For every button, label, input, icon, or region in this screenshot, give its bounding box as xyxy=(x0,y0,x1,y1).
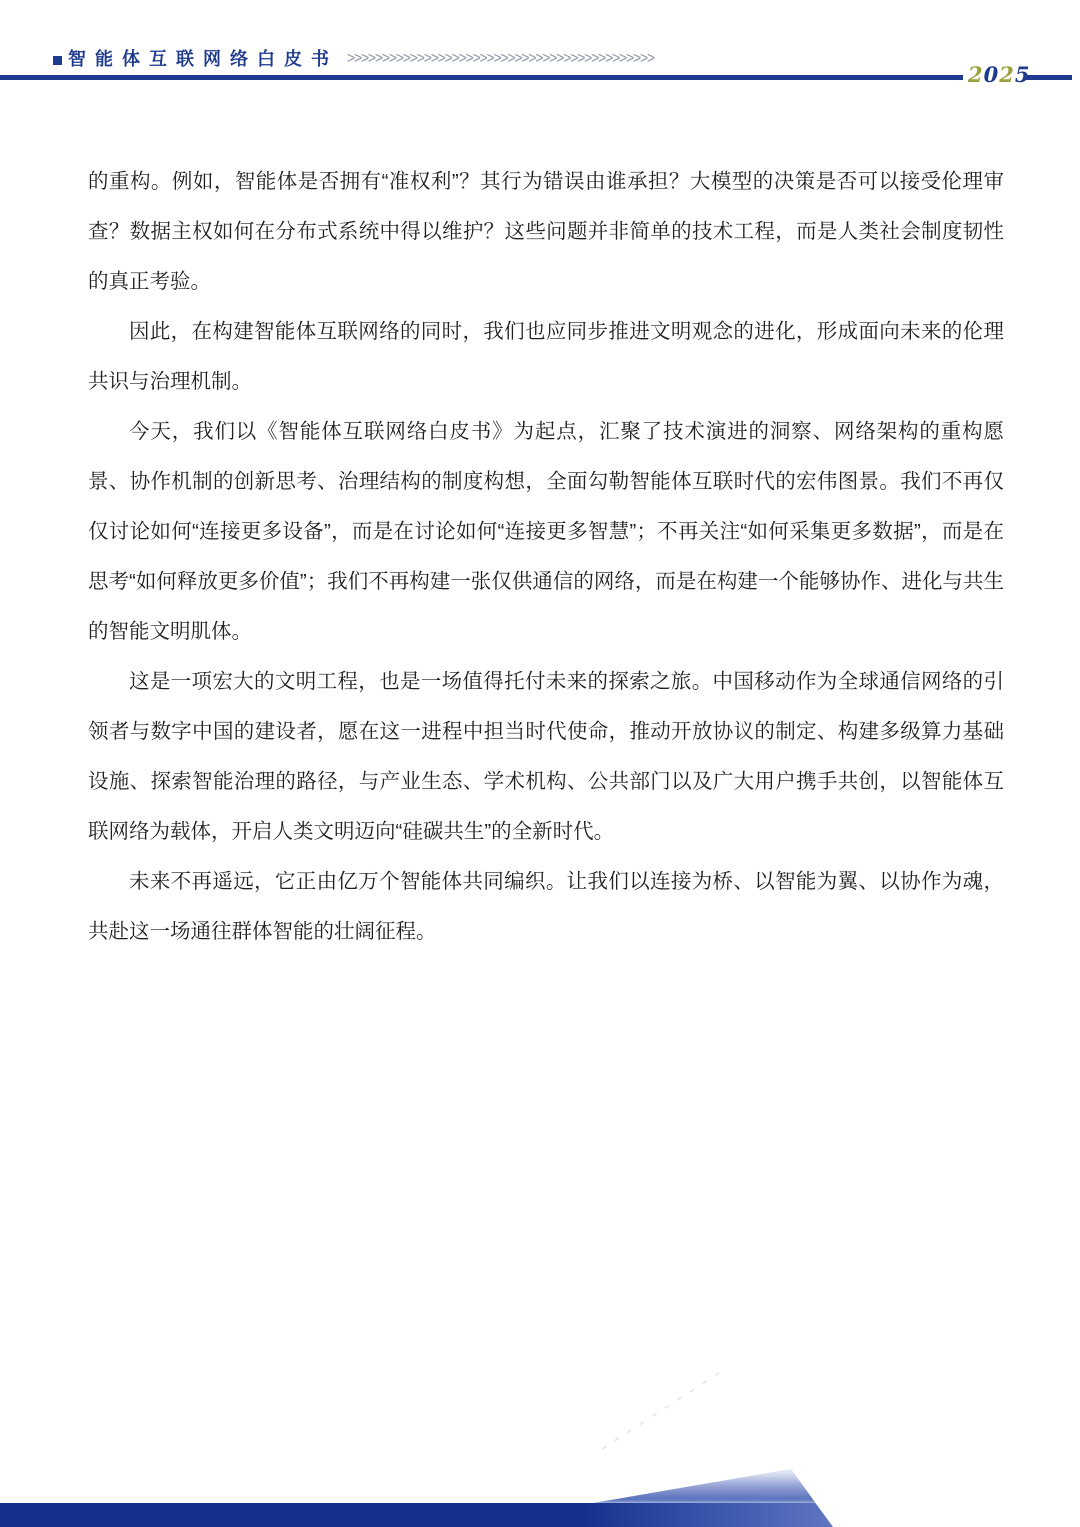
footer-band-decoration xyxy=(0,1503,833,1527)
header-rule-left xyxy=(0,75,963,80)
body-text: 的重构。例如，智能体是否拥有“准权利”？其行为错误由谁承担？大模型的决策是否可以… xyxy=(88,157,1004,957)
year-digit: 2 xyxy=(968,62,984,87)
header-rule-right xyxy=(1024,75,1072,80)
paragraph: 这是一项宏大的文明工程，也是一场值得托付未来的探索之旅。中国移动作为全球通信网络… xyxy=(88,657,1004,857)
chevron-right-icons: >>>>>>>>>>>>>>>>>>>>>>>>>>>>>>>>>>>>>>>>… xyxy=(347,48,654,66)
footer-swoosh-decoration xyxy=(593,1455,833,1503)
header-year: 2025 xyxy=(968,62,1020,87)
year-digit: 2 xyxy=(999,62,1015,87)
paragraph: 因此，在构建智能体互联网络的同时，我们也应同步推进文明观念的进化，形成面向未来的… xyxy=(88,307,1004,407)
page-header-title: 智能体互联网络白皮书 xyxy=(68,45,338,71)
paragraph: 的重构。例如，智能体是否拥有“准权利”？其行为错误由谁承担？大模型的决策是否可以… xyxy=(88,157,1004,307)
paragraph: 今天，我们以《智能体互联网络白皮书》为起点，汇聚了技术演进的洞察、网络架构的重构… xyxy=(88,407,1004,657)
year-digit: 0 xyxy=(984,62,1000,87)
paragraph: 未来不再遥远，它正由亿万个智能体共同编织。让我们以连接为桥、以智能为翼、以协作为… xyxy=(88,857,1004,957)
square-bullet-icon xyxy=(53,56,62,65)
document-page: 智能体互联网络白皮书 >>>>>>>>>>>>>>>>>>>>>>>>>>>>>… xyxy=(0,0,1080,1527)
footer-dashed-trail-decoration xyxy=(601,1366,728,1449)
